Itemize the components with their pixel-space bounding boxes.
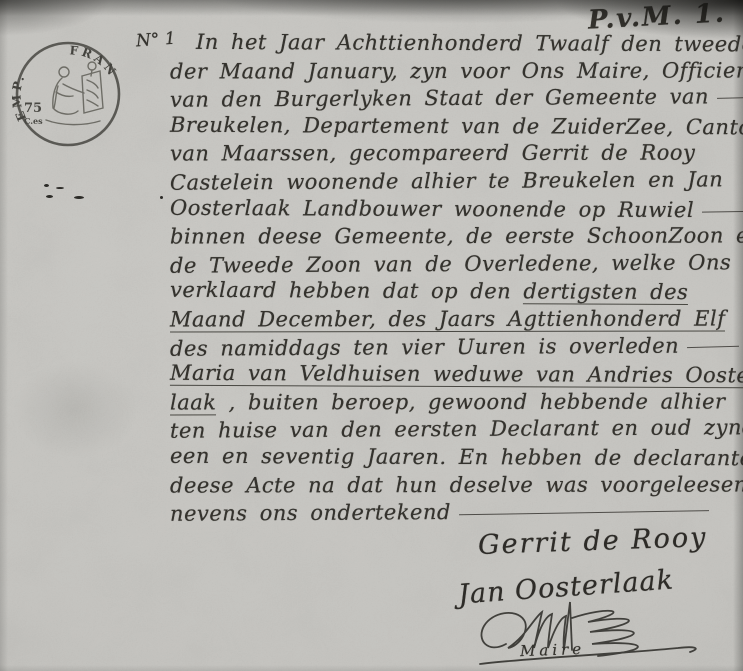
ink-stroke: [717, 96, 743, 99]
document-line: de Tweede Zoon van de Overledene, welke …: [170, 249, 736, 280]
revenue-stamp: FRAN. EMP. 75 C.es: [12, 36, 126, 152]
document-line: der Maand January, zyn voor Ons Maire, O…: [170, 57, 736, 86]
line-segment: ten huise van den eersten Declarant en o…: [170, 415, 743, 443]
line-segment: des namiddags ten vier Uuren is overlede…: [170, 333, 679, 360]
ink-speck: [56, 187, 64, 189]
line-segment: van den Burgerlyken Staat der Gemeente v…: [170, 85, 709, 112]
document-line: Maand December, des Jaars Agttienhonderd…: [170, 305, 736, 334]
ink-speck: [160, 196, 163, 199]
document-line: van den Burgerlyken Staat der Gemeente v…: [170, 83, 736, 114]
line-segment: de Tweede Zoon van de Overledene, welke …: [170, 250, 731, 277]
document-line: Castelein woonende alhier te Breukelen e…: [170, 166, 736, 197]
stamp-value: 75: [24, 101, 42, 116]
document-line: een en seventig Jaaren. En hebben de dec…: [170, 443, 736, 473]
line-segment: Maria van Veldhuisen weduwe van Andries …: [170, 361, 743, 389]
maire-signature-flourish: [468, 596, 718, 671]
line-segment: der Maand January, zyn voor Ons Maire, O…: [170, 58, 743, 83]
document-line: laak , buiten beroep, gewoond hebbende a…: [170, 388, 736, 417]
line-segment: verklaard hebben dat op den: [170, 278, 523, 304]
line-segment: deese Acte na dat hun deselve was voorge…: [170, 472, 743, 497]
stamp-value-unit: C.es: [24, 116, 43, 126]
maire-title: Maire: [520, 640, 586, 660]
stamp-figure-engraving: [46, 62, 103, 125]
ink-speck: [74, 196, 84, 199]
signature-gerrit-de-rooy: Gerrit de Rooy: [478, 522, 708, 561]
line-segment: nevens ons ondertekend: [170, 500, 451, 526]
ink-stroke: [687, 344, 739, 347]
ink-stroke: [702, 209, 743, 212]
line-segment: In het Jaar Achttienhonderd Twaalf den t…: [196, 30, 743, 56]
line-segment: Oosterlaak Landbouwer woonende op Ruwiel: [170, 195, 694, 221]
line-segment: Maand December, des Jaars Agttienhonderd…: [170, 306, 726, 332]
document-line: Maria van Veldhuisen weduwe van Andries …: [170, 360, 736, 390]
document-line: ten huise van den eersten Declarant en o…: [170, 415, 736, 446]
document-line: van Maarssen, gecompareerd Gerrit de Roo…: [170, 140, 736, 169]
line-segment: dertigsten des: [523, 280, 688, 306]
line-segment: , buiten beroep, gewoond hebbende alhier: [216, 389, 725, 414]
line-segment: binnen deese Gemeente, de eerste SchoonZ…: [170, 224, 743, 249]
document-line: Oosterlaak Landbouwer woonende op Ruwiel: [170, 194, 736, 224]
document-line: des namiddags ten vier Uuren is overlede…: [170, 332, 736, 363]
document-line: In het Jaar Achttienhonderd Twaalf den t…: [170, 29, 736, 59]
document-line: deese Acte na dat hun deselve was voorge…: [170, 471, 736, 500]
death-record-page: FRAN. EMP. 75 C.es N° 1 P.v.M. 1. In het…: [0, 0, 743, 671]
line-segment: een en seventig Jaaren. En hebben de dec…: [170, 444, 743, 471]
document-lines: In het Jaar Achttienhonderd Twaalf den t…: [170, 30, 736, 527]
ink-stroke: [459, 509, 709, 515]
document-line: verklaard hebben dat op den dertigsten d…: [170, 277, 736, 307]
line-segment: Breukelen, Departement van de ZuiderZee,…: [170, 113, 743, 140]
ink-speck: [44, 184, 49, 187]
line-segment: van Maarssen, gecompareerd Gerrit de Roo…: [170, 141, 695, 166]
document-line: Breukelen, Departement van de ZuiderZee,…: [170, 112, 736, 142]
document-line: binnen deese Gemeente, de eerste SchoonZ…: [170, 223, 736, 252]
line-segment: laak: [170, 390, 217, 415]
ink-speck: [46, 195, 53, 198]
line-segment: Castelein woonende alhier te Breukelen e…: [170, 167, 723, 194]
